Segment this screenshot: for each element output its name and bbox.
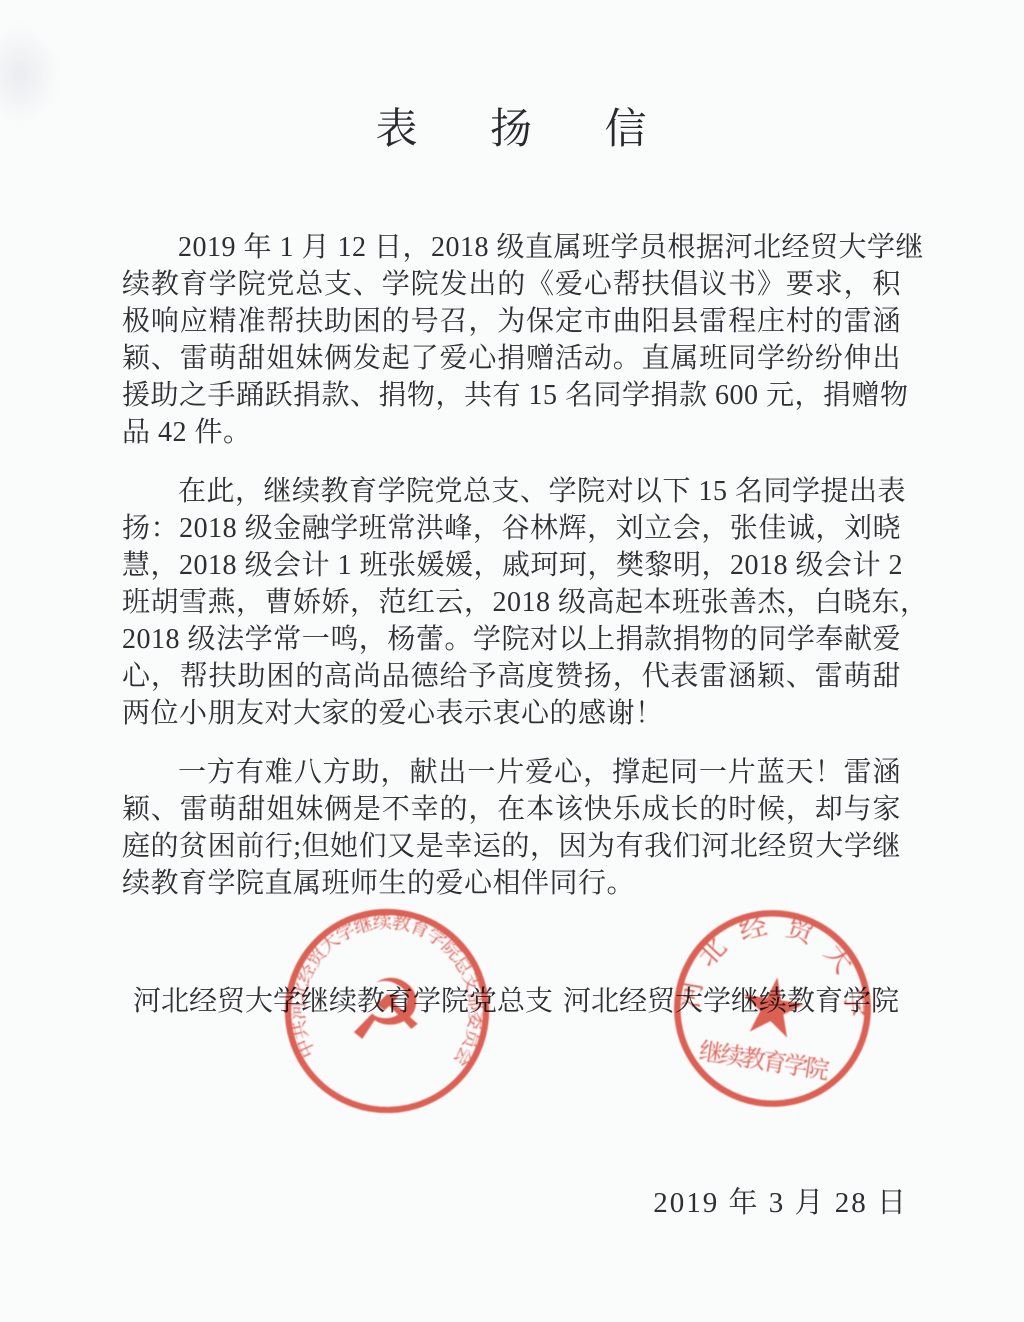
text-line: 扬：2018 级金融学班常洪峰，谷林辉，刘立会，张佳诚，刘晓: [122, 510, 901, 547]
letter-title: 表 扬 信: [0, 96, 1024, 156]
party-committee-seal: 中共河北经贸大学继续教育学院总支部委员会 ☭: [272, 896, 503, 1127]
text-line: 援助之手踊跃捐款、捐物，共有 15 名同学捐款 600 元，捐赠物: [122, 377, 901, 414]
letter-body: 2019 年 1 月 12 日，2018 级直属班学员根据河北经贸大学继续教育学…: [122, 229, 901, 902]
text-line: 2018 级法学常一鸣，杨蕾。学院对以上捐款捐物的同学奉献爱: [122, 621, 901, 658]
scanned-letter-page: 表 扬 信 2019 年 1 月 12 日，2018 级直属班学员根据河北经贸大…: [0, 0, 1024, 1322]
hammer-and-sickle-icon: ☭: [345, 959, 429, 1064]
text-line: 慧，2018 级会计 1 班张媛媛，戚珂珂，樊黎明，2018 级会计 2: [122, 547, 901, 584]
text-line: 2019 年 1 月 12 日，2018 级直属班学员根据河北经贸大学继: [122, 229, 901, 266]
paragraph: 在此，继续教育学院党总支、学院对以下 15 名同学提出表扬：2018 级金融学班…: [122, 473, 901, 732]
text-line: 颖、雷萌甜姐妹俩发起了爱心捐赠活动。直属班同学纷纷伸出: [122, 340, 901, 377]
paragraph: 2019 年 1 月 12 日，2018 级直属班学员根据河北经贸大学继续教育学…: [122, 229, 901, 451]
letter-date: 2019 年 3 月 28 日: [653, 1180, 908, 1221]
text-line: 品 42 件。: [122, 414, 901, 451]
text-line: 班胡雪燕，曹娇娇，范红云，2018 级高起本班张善杰，白晓东，: [122, 584, 901, 621]
college-seal: 河北经贸大学 ★ 继续教育学院: [654, 890, 891, 1127]
text-line: 颖、雷萌甜姐妹俩是不幸的，在本该快乐成长的时候，却与家: [122, 791, 901, 828]
text-line: 续教育学院党总支、学院发出的《爱心帮扶倡议书》要求，积: [122, 266, 901, 303]
paragraphs: 2019 年 1 月 12 日，2018 级直属班学员根据河北经贸大学继续教育学…: [122, 229, 901, 902]
paragraph: 一方有难八方助，献出一片爱心，撑起同一片蓝天！雷涵颖、雷萌甜姐妹俩是不幸的，在本…: [122, 754, 901, 902]
text-line: 在此，继续教育学院党总支、学院对以下 15 名同学提出表: [122, 473, 901, 510]
text-line: 极响应精准帮扶助困的号召，为保定市曲阳县雷程庄村的雷涵: [122, 303, 901, 340]
text-line: 心，帮扶助困的高尚品德给予高度赞扬，代表雷涵颖、雷萌甜: [122, 658, 901, 695]
text-line: 两位小朋友对大家的爱心表示衷心的感谢！: [122, 695, 901, 732]
text-line: 一方有难八方助，献出一片爱心，撑起同一片蓝天！雷涵: [122, 754, 901, 791]
text-line: 庭的贫困前行;但她们又是幸运的，因为有我们河北经贸大学继: [122, 828, 901, 865]
text-line: 续教育学院直属班师生的爱心相伴同行。: [122, 865, 901, 902]
